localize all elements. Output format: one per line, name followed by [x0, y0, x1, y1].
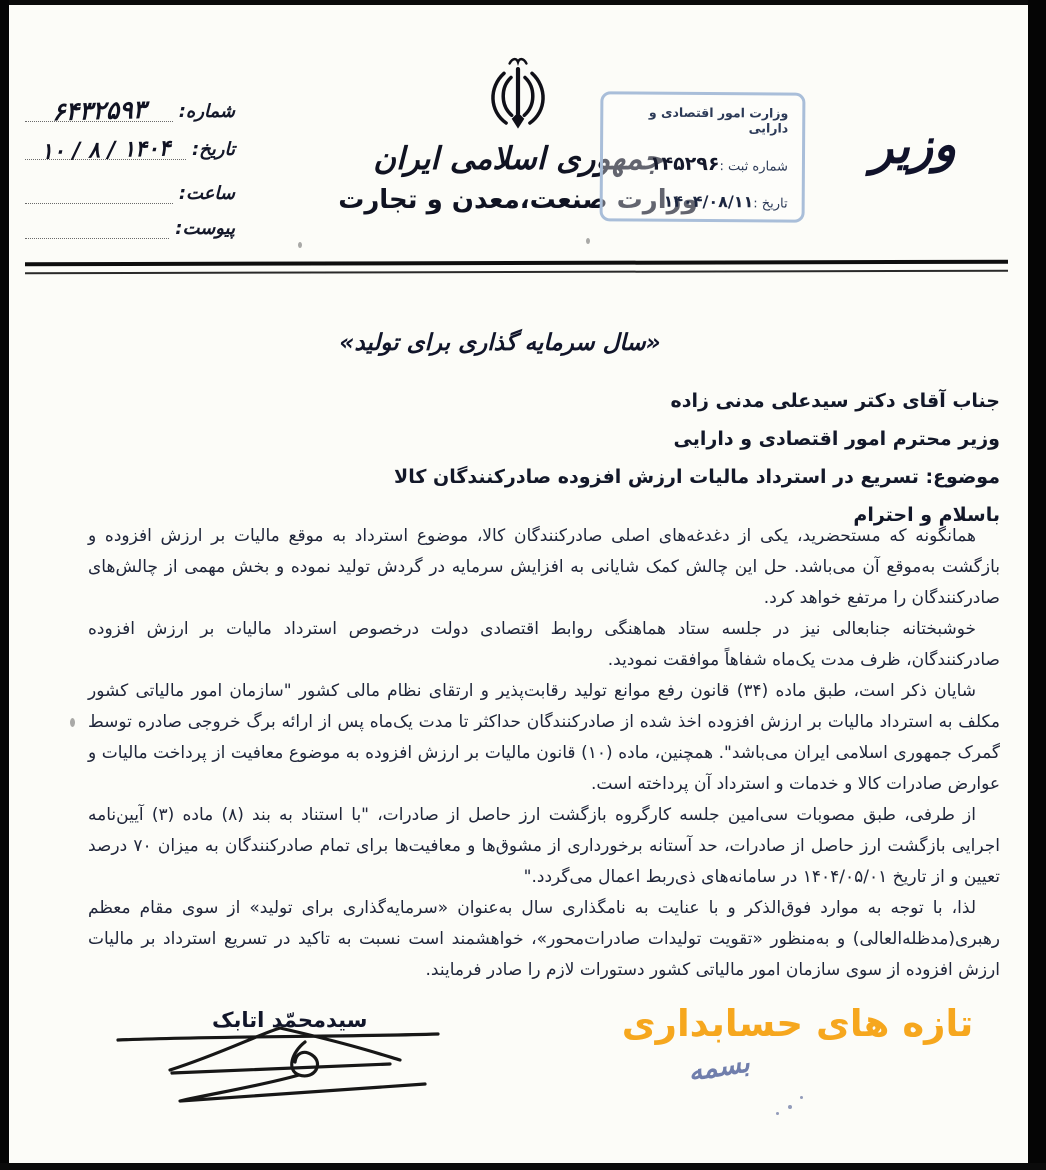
header-divider-rule	[25, 260, 1008, 275]
number-line: ۶۴۳۲۵۹۳	[25, 91, 173, 122]
scan-artifact	[776, 1112, 779, 1115]
field-row-attachment: پیوست:	[25, 209, 235, 239]
stamp-date-label: تاریخ :	[753, 196, 787, 211]
scan-edge-bottom	[0, 1163, 1046, 1170]
stamp-organization: وزارت امور اقتصادی و دارایی	[611, 104, 788, 135]
letter-paragraph-2: خوشبختانه جنابعالی نیز در جلسه ستاد هماه…	[88, 614, 1000, 676]
stamp-reg-number: ۱۴۵۲۹۶	[650, 152, 720, 174]
year-slogan: «سال سرمایه گذاری برای تولید»	[0, 330, 1000, 356]
date-handwritten-value: ۱۴۰۴ / ۸ / ۱۰	[41, 136, 171, 164]
scan-artifact	[788, 1105, 792, 1109]
stamp-reg-label: شماره ثبت :	[719, 159, 788, 174]
field-row-number: شماره: ۶۴۳۲۵۹۳	[25, 92, 235, 122]
scan-artifact	[800, 1096, 803, 1099]
recipient-title-line: وزیر محترم امور اقتصادی و دارایی	[90, 420, 1000, 458]
letter-paragraph-5: لذا، با توجه به موارد فوق‌الذکر و با عنا…	[88, 893, 1000, 986]
letter-paragraph-1: همانگونه که مستحضرید، یکی از دغدغه‌های ا…	[88, 521, 1000, 614]
stamp-date-row: تاریخ :۱۴۰۴/۰۸/۱۱	[611, 191, 788, 211]
attachment-label: پیوست:	[169, 218, 235, 239]
number-handwritten-value: ۶۴۳۲۵۹۳	[52, 95, 147, 126]
scan-artifact	[586, 238, 590, 244]
scan-edge-top	[0, 0, 1046, 5]
stamp-date-value: ۱۴۰۴/۰۸/۱۱	[663, 192, 753, 212]
recipient-block: جناب آقای دکتر سیدعلی مدنی زاده وزیر محت…	[90, 382, 1000, 534]
date-label: تاریخ:	[186, 139, 235, 160]
hour-label: ساعت:	[173, 183, 235, 204]
date-line: ۱۴۰۴ / ۸ / ۱۰	[25, 129, 186, 160]
scan-artifact	[298, 242, 302, 248]
signature-scribble-icon	[100, 1022, 460, 1114]
scan-artifact	[70, 718, 75, 727]
subject-line: موضوع: تسریع در استرداد مالیات ارزش افزو…	[90, 458, 1000, 496]
field-row-hour: ساعت:	[25, 174, 235, 204]
letter-paragraph-4: از طرفی، طبق مصوبات سی‌امین جلسه کارگروه…	[88, 800, 1000, 893]
scan-edge-right	[1028, 0, 1046, 1170]
number-label: شماره:	[173, 101, 235, 122]
field-row-date: تاریخ: ۱۴۰۴ / ۸ / ۱۰	[25, 130, 235, 160]
scanned-letter-page: شماره: ۶۴۳۲۵۹۳ تاریخ: ۱۴۰۴ / ۸ / ۱۰ ساعت…	[0, 0, 1046, 1170]
recipient-name-line: جناب آقای دکتر سیدعلی مدنی زاده	[90, 382, 1000, 420]
registry-stamp: وزارت امور اقتصادی و دارایی شماره ثبت :۱…	[600, 91, 806, 222]
scan-edge-left	[0, 0, 9, 1170]
minister-handwritten-note: وزیر	[847, 116, 979, 177]
attachment-line	[25, 208, 169, 239]
letter-paragraph-3: شایان ذکر است، طبق ماده (۳۴) قانون رفع م…	[88, 676, 1000, 800]
handwritten-scribble: بسمه	[686, 1047, 752, 1087]
site-watermark: تازه های حسابداری	[600, 1002, 995, 1045]
stamp-registration-row: شماره ثبت :۱۴۵۲۹۶	[611, 152, 788, 175]
iran-emblem-icon	[483, 55, 553, 135]
hour-line	[25, 173, 173, 204]
letter-body: همانگونه که مستحضرید، یکی از دغدغه‌های ا…	[88, 521, 1000, 986]
